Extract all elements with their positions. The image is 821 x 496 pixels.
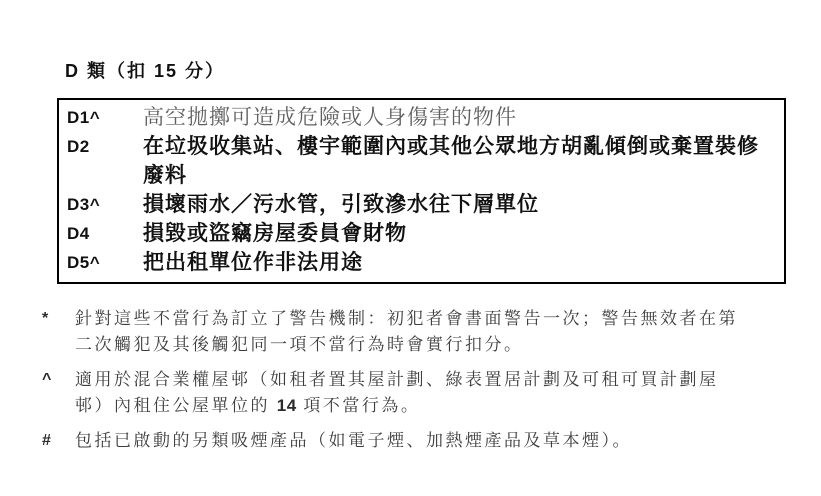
footnote-smoking-products: # 包括已啟動的另類吸煙產品（如電子煙、加熱煙產品及草本煙）。 (42, 428, 743, 454)
footnote-symbol: # (42, 428, 75, 454)
table-row: D2 在垃圾收集站、樓宇範圍內或其他公眾地方胡亂傾倒或棄置裝修廢料 (67, 132, 776, 190)
row-code: D4 (67, 219, 143, 248)
row-code: D5^ (67, 248, 143, 277)
footnote-number: 14 (277, 396, 297, 415)
row-text: 損壞雨水／污水管，引致滲水往下層單位 (143, 190, 776, 219)
table-row: D1^ 高空拋擲可造成危險或人身傷害的物件 (67, 103, 776, 132)
footnote-text: 適用於混合業權屋邨（如租者置其屋計劃、綠表置居計劃及可租可買計劃屋邨）內租住公屋… (75, 367, 743, 419)
row-text: 損毀或盜竊房屋委員會財物 (143, 219, 776, 248)
footnote-symbol: * (42, 306, 75, 332)
footnotes-section: * 針對這些不當行為訂立了警告機制：初犯者會書面警告一次；警告無效者在第二次觸犯… (42, 306, 743, 463)
footnote-warning-mechanism: * 針對這些不當行為訂立了警告機制：初犯者會書面警告一次；警告無效者在第二次觸犯… (42, 306, 743, 358)
table-row: D4 損毀或盜竊房屋委員會財物 (67, 219, 776, 248)
row-code: D1^ (67, 103, 143, 132)
page-title: D 類（扣 15 分） (65, 57, 225, 83)
row-text: 高空拋擲可造成危險或人身傷害的物件 (143, 103, 776, 132)
footnote-text-after: 項不當行為。 (297, 396, 421, 415)
table-row: D5^ 把出租單位作非法用途 (67, 248, 776, 277)
misconduct-table: D1^ 高空拋擲可造成危險或人身傷害的物件 D2 在垃圾收集站、樓宇範圍內或其他… (57, 98, 786, 284)
row-code: D2 (67, 132, 143, 161)
footnote-mixed-ownership: ^ 適用於混合業權屋邨（如租者置其屋計劃、綠表置居計劃及可租可買計劃屋邨）內租住… (42, 367, 743, 419)
row-text: 把出租單位作非法用途 (143, 248, 776, 277)
row-text: 在垃圾收集站、樓宇範圍內或其他公眾地方胡亂傾倒或棄置裝修廢料 (143, 132, 776, 190)
footnote-text: 包括已啟動的另類吸煙產品（如電子煙、加熱煙產品及草本煙）。 (75, 428, 743, 454)
table-row: D3^ 損壞雨水／污水管，引致滲水往下層單位 (67, 190, 776, 219)
footnote-symbol: ^ (42, 367, 75, 393)
row-code: D3^ (67, 190, 143, 219)
document-page: D 類（扣 15 分） D1^ 高空拋擲可造成危險或人身傷害的物件 D2 在垃圾… (0, 0, 821, 496)
footnote-text: 針對這些不當行為訂立了警告機制：初犯者會書面警告一次；警告無效者在第二次觸犯及其… (75, 306, 743, 358)
